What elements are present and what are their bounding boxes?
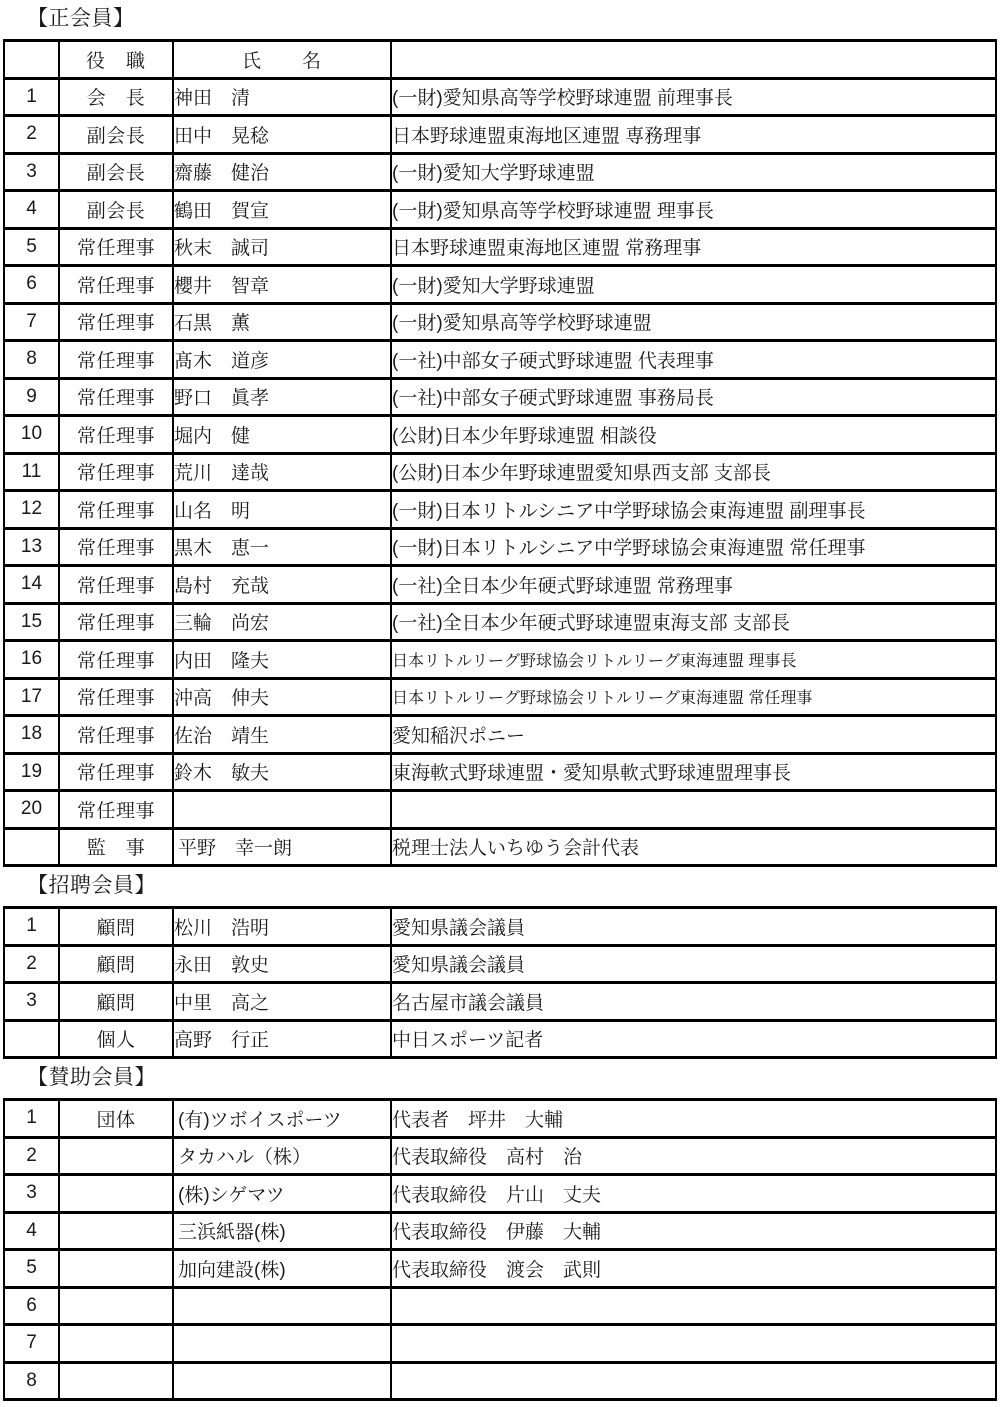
affiliation-cell: (公財)日本少年野球連盟愛知県西支部 支部長 — [391, 453, 996, 491]
affiliation-cell: 代表取締役 片山 丈夫 — [391, 1175, 996, 1213]
position-cell: 常任理事 — [59, 341, 173, 379]
position-cell — [59, 1137, 173, 1175]
table-row: 2副会長田中 晃稔日本野球連盟東海地区連盟 専務理事 — [4, 116, 996, 154]
table-row: 3顧問中里 高之名古屋市議会議員 — [4, 983, 996, 1021]
position-cell: 常任理事 — [59, 453, 173, 491]
position-cell: 常任理事 — [59, 566, 173, 604]
name-cell: 平野 幸一朗 — [173, 828, 391, 866]
row-number-cell: 6 — [4, 266, 59, 304]
position-cell: 常任理事 — [59, 716, 173, 754]
name-cell: 中里 高之 — [173, 983, 391, 1021]
name-cell: 島村 充哉 — [173, 566, 391, 604]
table-row: 6常任理事櫻井 智章(一財)愛知大学野球連盟 — [4, 266, 996, 304]
row-number-cell: 2 — [4, 1137, 59, 1175]
table-row: 6 — [4, 1287, 996, 1325]
affiliation-cell — [391, 791, 996, 829]
regular-members-table: 役 職氏 名1会 長神田 清(一財)愛知県高等学校野球連盟 前理事長2副会長田中… — [3, 39, 997, 867]
sections-container: 【正会員】役 職氏 名1会 長神田 清(一財)愛知県高等学校野球連盟 前理事長2… — [0, 6, 1000, 1401]
table-row: 4副会長鶴田 賀宣(一財)愛知県高等学校野球連盟 理事長 — [4, 191, 996, 229]
header-position-cell: 役 職 — [59, 41, 173, 79]
row-number-cell: 14 — [4, 566, 59, 604]
row-number-cell: 20 — [4, 791, 59, 829]
row-number-cell: 5 — [4, 228, 59, 266]
name-cell: 齋藤 健治 — [173, 153, 391, 191]
name-cell: 三浜紙器(株) — [173, 1212, 391, 1250]
position-cell: 常任理事 — [59, 603, 173, 641]
position-cell: 常任理事 — [59, 303, 173, 341]
affiliation-cell: 東海軟式野球連盟・愛知県軟式野球連盟理事長 — [391, 753, 996, 791]
row-number-cell: 18 — [4, 716, 59, 754]
row-number-cell: 19 — [4, 753, 59, 791]
table-row: 9常任理事野口 眞孝(一社)中部女子硬式野球連盟 事務局長 — [4, 378, 996, 416]
row-number-cell: 9 — [4, 378, 59, 416]
position-cell — [59, 1212, 173, 1250]
name-cell: 髙木 道彦 — [173, 341, 391, 379]
position-cell: 副会長 — [59, 116, 173, 154]
invited-members-table: 1顧問松川 浩明愛知県議会議員2顧問永田 敦史愛知県議会議員3顧問中里 高之名古… — [3, 906, 997, 1059]
row-number-cell: 1 — [4, 78, 59, 116]
row-number-cell: 2 — [4, 945, 59, 983]
position-cell: 副会長 — [59, 153, 173, 191]
position-cell: 常任理事 — [59, 528, 173, 566]
affiliation-cell: (公財)日本少年野球連盟 相談役 — [391, 416, 996, 454]
table-row: 5常任理事秋末 誠司日本野球連盟東海地区連盟 常務理事 — [4, 228, 996, 266]
row-number-cell: 7 — [4, 303, 59, 341]
position-cell: 常任理事 — [59, 491, 173, 529]
affiliation-cell: 日本野球連盟東海地区連盟 常務理事 — [391, 228, 996, 266]
row-number-cell: 8 — [4, 341, 59, 379]
affiliation-cell: 中日スポーツ記者 — [391, 1020, 996, 1058]
table-row: 1団体(有)ツボイスポーツ代表者 坪井 大輔 — [4, 1100, 996, 1138]
table-row: 8常任理事髙木 道彦(一社)中部女子硬式野球連盟 代表理事 — [4, 341, 996, 379]
affiliation-cell: 愛知県議会議員 — [391, 945, 996, 983]
position-cell — [59, 1325, 173, 1363]
name-cell: 堀内 健 — [173, 416, 391, 454]
position-cell: 会 長 — [59, 78, 173, 116]
name-cell: 櫻井 智章 — [173, 266, 391, 304]
table-row: 11常任理事荒川 達哉(公財)日本少年野球連盟愛知県西支部 支部長 — [4, 453, 996, 491]
header-row: 役 職氏 名 — [4, 41, 996, 79]
row-number-cell: 10 — [4, 416, 59, 454]
name-cell: 加向建設(株) — [173, 1250, 391, 1288]
affiliation-cell: 日本野球連盟東海地区連盟 専務理事 — [391, 116, 996, 154]
name-cell: 沖高 伸夫 — [173, 678, 391, 716]
row-number-cell — [4, 1020, 59, 1058]
row-number-cell — [4, 828, 59, 866]
name-cell — [173, 1362, 391, 1400]
row-number-cell: 4 — [4, 191, 59, 229]
table-row: 13常任理事黒木 恵一(一財)日本リトルシニア中学野球協会東海連盟 常任理事 — [4, 528, 996, 566]
row-number-cell: 12 — [4, 491, 59, 529]
position-cell — [59, 1362, 173, 1400]
position-cell: 個人 — [59, 1020, 173, 1058]
name-cell: 鈴木 敏夫 — [173, 753, 391, 791]
name-cell: 松川 浩明 — [173, 908, 391, 946]
name-cell: タカハル（株） — [173, 1137, 391, 1175]
affiliation-cell: (一財)愛知大学野球連盟 — [391, 266, 996, 304]
name-cell: 山名 明 — [173, 491, 391, 529]
row-number-cell: 3 — [4, 1175, 59, 1213]
position-cell — [59, 1175, 173, 1213]
affiliation-cell: 税理士法人いちゆう会計代表 — [391, 828, 996, 866]
affiliation-cell: (一財)日本リトルシニア中学野球協会東海連盟 副理事長 — [391, 491, 996, 529]
table-row: 5加向建設(株)代表取締役 渡会 武則 — [4, 1250, 996, 1288]
row-number-cell: 1 — [4, 1100, 59, 1138]
table-row: 18常任理事佐治 靖生愛知稲沢ポニー — [4, 716, 996, 754]
position-cell: 常任理事 — [59, 228, 173, 266]
name-cell: 内田 隆夫 — [173, 641, 391, 679]
table-row: 2顧問永田 敦史愛知県議会議員 — [4, 945, 996, 983]
affiliation-cell: (一社)全日本少年硬式野球連盟東海支部 支部長 — [391, 603, 996, 641]
position-cell: 顧問 — [59, 908, 173, 946]
affiliation-cell: 愛知稲沢ポニー — [391, 716, 996, 754]
affiliation-cell: 代表取締役 渡会 武則 — [391, 1250, 996, 1288]
affiliation-cell: 日本リトルリーグ野球協会リトルリーグ東海連盟 常任理事 — [391, 678, 996, 716]
table-row: 7 — [4, 1325, 996, 1363]
name-cell — [173, 791, 391, 829]
table-row: 4三浜紙器(株)代表取締役 伊藤 大輔 — [4, 1212, 996, 1250]
row-number-cell: 15 — [4, 603, 59, 641]
table-row: 20常任理事 — [4, 791, 996, 829]
row-number-cell: 13 — [4, 528, 59, 566]
row-number-cell: 11 — [4, 453, 59, 491]
section-title-regular: 【正会員】 — [27, 6, 1000, 32]
row-number-cell: 5 — [4, 1250, 59, 1288]
header-name-cell: 氏 名 — [173, 41, 391, 79]
row-number-cell: 3 — [4, 153, 59, 191]
affiliation-cell — [391, 1287, 996, 1325]
supporting-members-table: 1団体(有)ツボイスポーツ代表者 坪井 大輔2タカハル（株）代表取締役 高村 治… — [3, 1098, 997, 1401]
affiliation-cell: (一財)日本リトルシニア中学野球協会東海連盟 常任理事 — [391, 528, 996, 566]
affiliation-cell: 代表取締役 伊藤 大輔 — [391, 1212, 996, 1250]
table-row: 16常任理事内田 隆夫日本リトルリーグ野球協会リトルリーグ東海連盟 理事長 — [4, 641, 996, 679]
position-cell: 常任理事 — [59, 378, 173, 416]
position-cell: 団体 — [59, 1100, 173, 1138]
name-cell: 田中 晃稔 — [173, 116, 391, 154]
table-row: 15常任理事三輪 尚宏(一社)全日本少年硬式野球連盟東海支部 支部長 — [4, 603, 996, 641]
affiliation-cell: 愛知県議会議員 — [391, 908, 996, 946]
table-row: 8 — [4, 1362, 996, 1400]
name-cell: 黒木 恵一 — [173, 528, 391, 566]
name-cell — [173, 1287, 391, 1325]
table-row: 7常任理事石黒 薫(一財)愛知県高等学校野球連盟 — [4, 303, 996, 341]
row-number-cell: 4 — [4, 1212, 59, 1250]
header-affiliation-cell — [391, 41, 996, 79]
name-cell: 鶴田 賀宣 — [173, 191, 391, 229]
name-cell: 高野 行正 — [173, 1020, 391, 1058]
table-row: 3副会長齋藤 健治(一財)愛知大学野球連盟 — [4, 153, 996, 191]
section-title-supporting: 【賛助会員】 — [27, 1065, 1000, 1091]
table-row: 1会 長神田 清(一財)愛知県高等学校野球連盟 前理事長 — [4, 78, 996, 116]
row-number-cell: 3 — [4, 983, 59, 1021]
name-cell: 佐治 靖生 — [173, 716, 391, 754]
affiliation-cell — [391, 1325, 996, 1363]
row-number-cell: 1 — [4, 908, 59, 946]
position-cell: 常任理事 — [59, 416, 173, 454]
affiliation-cell: 代表者 坪井 大輔 — [391, 1100, 996, 1138]
affiliation-cell: (一財)愛知県高等学校野球連盟 前理事長 — [391, 78, 996, 116]
affiliation-cell: (一財)愛知県高等学校野球連盟 理事長 — [391, 191, 996, 229]
affiliation-cell: (一社)全日本少年硬式野球連盟 常務理事 — [391, 566, 996, 604]
row-number-cell: 16 — [4, 641, 59, 679]
table-row: 10常任理事堀内 健(公財)日本少年野球連盟 相談役 — [4, 416, 996, 454]
name-cell: 永田 敦史 — [173, 945, 391, 983]
position-cell — [59, 1250, 173, 1288]
affiliation-cell: 名古屋市議会議員 — [391, 983, 996, 1021]
table-row: 個人高野 行正中日スポーツ記者 — [4, 1020, 996, 1058]
position-cell: 顧問 — [59, 983, 173, 1021]
table-row: 19常任理事鈴木 敏夫東海軟式野球連盟・愛知県軟式野球連盟理事長 — [4, 753, 996, 791]
name-cell: 野口 眞孝 — [173, 378, 391, 416]
position-cell — [59, 1287, 173, 1325]
row-number-cell: 2 — [4, 116, 59, 154]
name-cell: 秋末 誠司 — [173, 228, 391, 266]
member-roster-page: 【正会員】役 職氏 名1会 長神田 清(一財)愛知県高等学校野球連盟 前理事長2… — [0, 0, 1000, 1401]
name-cell — [173, 1325, 391, 1363]
table-row: 17常任理事沖高 伸夫日本リトルリーグ野球協会リトルリーグ東海連盟 常任理事 — [4, 678, 996, 716]
name-cell: 神田 清 — [173, 78, 391, 116]
table-row: 2タカハル（株）代表取締役 高村 治 — [4, 1137, 996, 1175]
position-cell: 監 事 — [59, 828, 173, 866]
table-row: 14常任理事島村 充哉(一社)全日本少年硬式野球連盟 常務理事 — [4, 566, 996, 604]
affiliation-cell: (一社)中部女子硬式野球連盟 代表理事 — [391, 341, 996, 379]
position-cell: 副会長 — [59, 191, 173, 229]
row-number-cell: 6 — [4, 1287, 59, 1325]
position-cell: 常任理事 — [59, 791, 173, 829]
header-no-cell — [4, 41, 59, 79]
table-row: 1顧問松川 浩明愛知県議会議員 — [4, 908, 996, 946]
name-cell: 三輪 尚宏 — [173, 603, 391, 641]
table-row: 3(株)シゲマツ代表取締役 片山 丈夫 — [4, 1175, 996, 1213]
affiliation-cell: (一財)愛知大学野球連盟 — [391, 153, 996, 191]
position-cell: 常任理事 — [59, 678, 173, 716]
row-number-cell: 7 — [4, 1325, 59, 1363]
position-cell: 顧問 — [59, 945, 173, 983]
affiliation-cell — [391, 1362, 996, 1400]
affiliation-cell: (一社)中部女子硬式野球連盟 事務局長 — [391, 378, 996, 416]
name-cell: 荒川 達哉 — [173, 453, 391, 491]
position-cell: 常任理事 — [59, 266, 173, 304]
position-cell: 常任理事 — [59, 641, 173, 679]
section-title-invited: 【招聘会員】 — [27, 873, 1000, 899]
affiliation-cell: (一財)愛知県高等学校野球連盟 — [391, 303, 996, 341]
row-number-cell: 17 — [4, 678, 59, 716]
table-row: 12常任理事山名 明(一財)日本リトルシニア中学野球協会東海連盟 副理事長 — [4, 491, 996, 529]
affiliation-cell: 代表取締役 高村 治 — [391, 1137, 996, 1175]
affiliation-cell: 日本リトルリーグ野球協会リトルリーグ東海連盟 理事長 — [391, 641, 996, 679]
name-cell: (株)シゲマツ — [173, 1175, 391, 1213]
position-cell: 常任理事 — [59, 753, 173, 791]
name-cell: (有)ツボイスポーツ — [173, 1100, 391, 1138]
row-number-cell: 8 — [4, 1362, 59, 1400]
name-cell: 石黒 薫 — [173, 303, 391, 341]
table-row: 監 事平野 幸一朗税理士法人いちゆう会計代表 — [4, 828, 996, 866]
